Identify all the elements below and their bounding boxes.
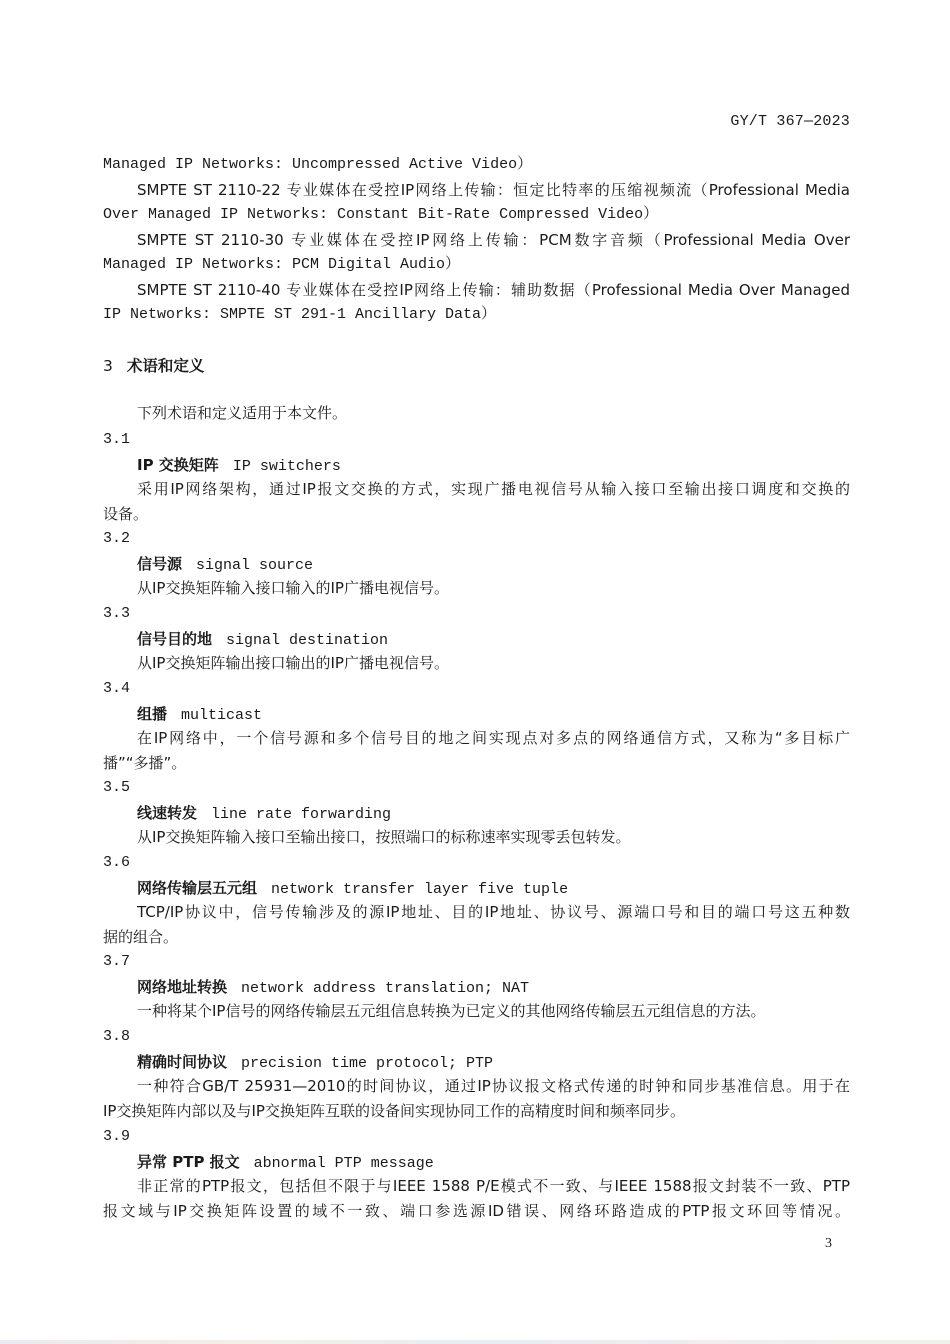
page-number: 3 bbox=[825, 1236, 832, 1252]
term-definition: 设备。 bbox=[103, 504, 850, 524]
term-number: 3.7 bbox=[103, 952, 130, 972]
document-page: GY/T 367—2023 Managed IP Networks: Uncom… bbox=[0, 0, 950, 1344]
section-intro: 下列术语和定义适用于本文件。 bbox=[137, 403, 850, 423]
term-en: network transfer layer five tuple bbox=[271, 881, 568, 898]
term-definition: 一种将某个IP信号的网络传输层五元组信息转换为已定义的其他网络传输层五元组信息的… bbox=[137, 1001, 850, 1021]
term-number: 3.4 bbox=[103, 679, 130, 699]
term-definition: IP交换矩阵内部以及与IP交换矩阵互联的设备间实现协同工作的高精度时间和频率同步… bbox=[103, 1101, 850, 1121]
term-definition: 在IP网络中，一个信号源和多个信号目的地之间实现点对多点的网络通信方式，又称为“… bbox=[137, 728, 850, 748]
term-definition: 从IP交换矩阵输出接口输出的IP广播电视信号。 bbox=[137, 653, 850, 673]
term-definition: 从IP交换矩阵输入接口输入的IP广播电视信号。 bbox=[137, 578, 850, 598]
term-definition: 非正常的PTP报文，包括但不限于与IEEE 1588 P/E模式不一致、与IEE… bbox=[137, 1176, 850, 1196]
term-zh: IP 交换矩阵 bbox=[137, 456, 219, 474]
term-number: 3.1 bbox=[103, 430, 130, 450]
reference-line: SMPTE ST 2110-40 专业媒体在受控IP网络上传输：辅助数据（Pro… bbox=[137, 280, 850, 300]
term-heading: 信号目的地signal destination bbox=[137, 629, 388, 651]
term-number: 3.5 bbox=[103, 778, 130, 798]
reference-line: IP Networks: SMPTE ST 291-1 Ancillary Da… bbox=[103, 305, 850, 325]
term-en: abnormal PTP message bbox=[254, 1155, 434, 1172]
term-number: 3.9 bbox=[103, 1127, 130, 1147]
term-zh: 线速转发 bbox=[137, 804, 197, 822]
term-zh: 信号目的地 bbox=[137, 630, 212, 648]
term-heading: 组播multicast bbox=[137, 704, 262, 726]
section-number: 3 bbox=[103, 357, 113, 375]
term-definition: 采用IP网络架构，通过IP报文交换的方式，实现广播电视信号从输入接口至输出接口调… bbox=[137, 479, 850, 499]
reference-line: Managed IP Networks: PCM Digital Audio） bbox=[103, 255, 850, 275]
term-zh: 网络地址转换 bbox=[137, 978, 227, 996]
term-zh: 异常 PTP 报文 bbox=[137, 1153, 240, 1171]
section-heading: 3术语和定义 bbox=[103, 354, 204, 376]
term-en: multicast bbox=[181, 707, 262, 724]
term-number: 3.2 bbox=[103, 529, 130, 549]
term-definition: 从IP交换矩阵输入接口至输出接口，按照端口的标称速率实现零丢包转发。 bbox=[137, 827, 850, 847]
term-definition: 据的组合。 bbox=[103, 927, 850, 947]
term-heading: 异常 PTP 报文abnormal PTP message bbox=[137, 1152, 434, 1174]
reference-line: Over Managed IP Networks: Constant Bit-R… bbox=[103, 205, 850, 225]
term-heading: 精确时间协议precision time protocol; PTP bbox=[137, 1052, 493, 1074]
reference-line: SMPTE ST 2110-30 专业媒体在受控IP网络上传输：PCM数字音频（… bbox=[137, 230, 850, 250]
term-zh: 网络传输层五元组 bbox=[137, 879, 257, 897]
term-en: precision time protocol; PTP bbox=[241, 1055, 493, 1072]
term-en: line rate forwarding bbox=[211, 806, 391, 823]
term-en: signal source bbox=[196, 557, 313, 574]
term-zh: 组播 bbox=[137, 705, 167, 723]
term-number: 3.6 bbox=[103, 853, 130, 873]
term-en: signal destination bbox=[226, 632, 388, 649]
term-heading: 线速转发line rate forwarding bbox=[137, 803, 391, 825]
term-definition: 报文域与IP交换矩阵设置的域不一致、端口参选源ID错误、网络环路造成的PTP报文… bbox=[103, 1201, 850, 1221]
term-definition: 一种符合GB/T 25931—2010的时间协议，通过IP协议报文格式传递的时钟… bbox=[137, 1076, 850, 1096]
section-title: 术语和定义 bbox=[127, 357, 205, 375]
term-en: network address translation; NAT bbox=[241, 980, 529, 997]
term-number: 3.8 bbox=[103, 1027, 130, 1047]
term-en: IP switchers bbox=[233, 458, 341, 475]
term-number: 3.3 bbox=[103, 604, 130, 624]
reference-line: SMPTE ST 2110-22 专业媒体在受控IP网络上传输：恒定比特率的压缩… bbox=[137, 180, 850, 200]
term-heading: 信号源signal source bbox=[137, 554, 313, 576]
page-edge bbox=[0, 1340, 950, 1344]
term-heading: 网络传输层五元组network transfer layer five tupl… bbox=[137, 878, 568, 900]
document-code: GY/T 367—2023 bbox=[730, 113, 850, 130]
term-heading: IP 交换矩阵IP switchers bbox=[137, 455, 341, 477]
term-definition: TCP/IP协议中，信号传输涉及的源IP地址、目的IP地址、协议号、源端口号和目… bbox=[137, 902, 850, 922]
reference-line: Managed IP Networks: Uncompressed Active… bbox=[103, 155, 850, 175]
term-zh: 精确时间协议 bbox=[137, 1053, 227, 1071]
term-heading: 网络地址转换network address translation; NAT bbox=[137, 977, 529, 999]
term-definition: 播”“多播”。 bbox=[103, 753, 850, 773]
term-zh: 信号源 bbox=[137, 555, 182, 573]
